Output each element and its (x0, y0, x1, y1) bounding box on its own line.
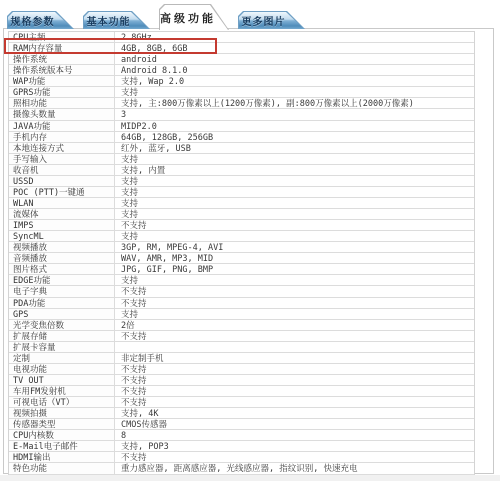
spec-value: 支持 (115, 209, 474, 219)
spec-page: 规格参数 基本功能 高级功能 更多图片 CPU主频2.8GHzRAM内存容量4G… (0, 0, 500, 481)
tab-advanced-functions-label: 高级功能 (160, 10, 212, 26)
spec-label: 视频播放 (9, 242, 115, 252)
tab-specs[interactable]: 规格参数 (7, 11, 74, 29)
table-row: CPU内核数8 (9, 430, 474, 441)
table-row: 视频播放3GP, RM, MPEG-4, AVI (9, 242, 474, 253)
table-row: 摄像头数量3 (9, 109, 474, 120)
spec-value: MIDP2.0 (115, 121, 474, 131)
spec-label: 电视功能 (9, 364, 115, 374)
spec-value: CMOS传感器 (115, 419, 474, 429)
spec-label: USSD (9, 176, 115, 186)
spec-label: GPRS功能 (9, 87, 115, 97)
spec-label: 可视电话（VT） (9, 397, 115, 407)
table-row: USSD支持 (9, 176, 474, 187)
spec-value: 2.8GHz (115, 32, 474, 42)
spec-label: RAM内存容量 (9, 43, 115, 53)
spec-label: 操作系统 (9, 54, 115, 64)
spec-value: 2倍 (115, 320, 474, 330)
spec-value: 支持 (115, 187, 474, 197)
spec-value: android (115, 54, 474, 64)
spec-label: EDGE功能 (9, 275, 115, 285)
table-row: 照相功能支持, 主:800万像素以上(1200万像素), 副:800万像素以上(… (9, 98, 474, 109)
table-row: 视频拍摄支持, 4K (9, 408, 474, 419)
spec-label: POC (PTT)一键通 (9, 187, 115, 197)
table-row: 操作系统版本号Android 8.1.0 (9, 65, 474, 76)
table-row: SyncML支持 (9, 231, 474, 242)
spec-value: 支持 (115, 154, 474, 164)
spec-table: CPU主频2.8GHzRAM内存容量4GB, 8GB, 6GB操作系统andro… (8, 31, 475, 475)
table-row: 本地连接方式红外, 蓝牙, USB (9, 143, 474, 154)
spec-value: Android 8.1.0 (115, 65, 474, 75)
table-row: 收音机支持, 内置 (9, 165, 474, 176)
spec-label: WAP功能 (9, 76, 115, 86)
spec-value: 不支持 (115, 298, 474, 308)
table-row: EDGE功能支持 (9, 275, 474, 286)
table-row: 电视功能不支持 (9, 364, 474, 375)
spec-label: 手写输入 (9, 154, 115, 164)
spec-label: TV OUT (9, 375, 115, 385)
tab-more-pictures[interactable]: 更多图片 (238, 11, 305, 29)
spec-label: 流媒体 (9, 209, 115, 219)
tab-basic-functions-label: 基本功能 (84, 13, 133, 28)
spec-label: JAVA功能 (9, 121, 115, 131)
spec-label: 照相功能 (9, 98, 115, 108)
spec-value: 支持 (115, 309, 474, 319)
spec-value: 4GB, 8GB, 6GB (115, 43, 474, 53)
table-row: 扩展存储不支持 (9, 331, 474, 342)
table-row: 手写输入支持 (9, 154, 474, 165)
spec-value: 不支持 (115, 375, 474, 385)
spec-label: PDA功能 (9, 298, 115, 308)
spec-value: WAV, AMR, MP3, MID (115, 253, 474, 263)
table-row: 特色功能重力感应器, 距离感应器, 光线感应器, 指纹识别, 快速充电 (9, 463, 474, 474)
spec-value: 不支持 (115, 386, 474, 396)
spec-value (115, 342, 474, 352)
spec-value: 不支持 (115, 331, 474, 341)
table-row: WLAN支持 (9, 198, 474, 209)
spec-label: 特色功能 (9, 463, 115, 473)
table-row: RAM内存容量4GB, 8GB, 6GB (9, 43, 474, 54)
spec-value: 64GB, 128GB, 256GB (115, 132, 474, 142)
table-row: GPS支持 (9, 309, 474, 320)
table-row: 传感器类型CMOS传感器 (9, 419, 474, 430)
spec-label: E-Mail电子邮件 (9, 441, 115, 451)
spec-value: 支持, POP3 (115, 441, 474, 451)
spec-value: 支持, 4K (115, 408, 474, 418)
tab-specs-label: 规格参数 (8, 13, 57, 28)
spec-value: 不支持 (115, 220, 474, 230)
table-row: 音频播放WAV, AMR, MP3, MID (9, 253, 474, 264)
tab-basic-functions[interactable]: 基本功能 (83, 11, 150, 29)
tab-specs-surface: 规格参数 (8, 12, 73, 29)
table-row: HDMI输出不支持 (9, 452, 474, 463)
spec-value: 3GP, RM, MPEG-4, AVI (115, 242, 474, 252)
table-row: 电子字典不支持 (9, 286, 474, 297)
table-row: IMPS不支持 (9, 220, 474, 231)
spec-value: 重力感应器, 距离感应器, 光线感应器, 指纹识别, 快速充电 (115, 463, 474, 473)
spec-label: 视频拍摄 (9, 408, 115, 418)
table-row: 车用FM发射机不支持 (9, 386, 474, 397)
spec-label: 图片格式 (9, 264, 115, 274)
bottom-strip (0, 475, 500, 481)
spec-label: 车用FM发射机 (9, 386, 115, 396)
tab-bar: 规格参数 基本功能 高级功能 更多图片 (7, 3, 314, 29)
table-row: JAVA功能MIDP2.0 (9, 121, 474, 132)
table-row: E-Mail电子邮件支持, POP3 (9, 441, 474, 452)
table-row: 定制非定制手机 (9, 353, 474, 364)
spec-value: 3 (115, 109, 474, 119)
spec-value: JPG, GIF, PNG, BMP (115, 264, 474, 274)
spec-value: 支持, 主:800万像素以上(1200万像素), 副:800万像素以上(2000… (115, 98, 474, 108)
spec-label: CPU主频 (9, 32, 115, 42)
table-row: 扩展卡容量 (9, 342, 474, 353)
spec-value: 支持 (115, 198, 474, 208)
spec-value: 不支持 (115, 397, 474, 407)
table-row: 流媒体支持 (9, 209, 474, 220)
table-row: 操作系统android (9, 54, 474, 65)
spec-label: 本地连接方式 (9, 143, 115, 153)
spec-label: 传感器类型 (9, 419, 115, 429)
spec-label: 光学变焦倍数 (9, 320, 115, 330)
table-row: POC (PTT)一键通支持 (9, 187, 474, 198)
spec-label: 手机内存 (9, 132, 115, 142)
tab-basic-functions-surface: 基本功能 (84, 12, 149, 29)
spec-label: GPS (9, 309, 115, 319)
spec-value: 支持, 内置 (115, 165, 474, 175)
spec-value: 红外, 蓝牙, USB (115, 143, 474, 153)
spec-label: HDMI输出 (9, 452, 115, 462)
spec-value: 不支持 (115, 452, 474, 462)
spec-value: 支持 (115, 231, 474, 241)
spec-value: 非定制手机 (115, 353, 474, 363)
table-row: 手机内存64GB, 128GB, 256GB (9, 132, 474, 143)
spec-value: 支持 (115, 87, 474, 97)
spec-label: 扩展存储 (9, 331, 115, 341)
tab-advanced-functions-surface: 高级功能 (160, 5, 228, 30)
spec-label: 定制 (9, 353, 115, 363)
table-row: TV OUT不支持 (9, 375, 474, 386)
spec-label: CPU内核数 (9, 430, 115, 440)
table-row: PDA功能不支持 (9, 298, 474, 309)
spec-label: IMPS (9, 220, 115, 230)
spec-label: 音频播放 (9, 253, 115, 263)
spec-value: 不支持 (115, 364, 474, 374)
spec-value: 支持 (115, 275, 474, 285)
spec-label: 收音机 (9, 165, 115, 175)
tab-more-pictures-label: 更多图片 (239, 13, 288, 28)
table-row: 图片格式JPG, GIF, PNG, BMP (9, 264, 474, 275)
spec-value: 支持, Wap 2.0 (115, 76, 474, 86)
table-row: CPU主频2.8GHz (9, 32, 474, 43)
tab-more-pictures-surface: 更多图片 (239, 12, 304, 29)
spec-value: 8 (115, 430, 474, 440)
table-row: WAP功能支持, Wap 2.0 (9, 76, 474, 87)
spec-value: 不支持 (115, 286, 474, 296)
spec-label: 扩展卡容量 (9, 342, 115, 352)
tab-advanced-functions[interactable]: 高级功能 (159, 4, 229, 30)
spec-label: SyncML (9, 231, 115, 241)
advanced-functions-panel: CPU主频2.8GHzRAM内存容量4GB, 8GB, 6GB操作系统andro… (3, 28, 494, 474)
spec-label: 摄像头数量 (9, 109, 115, 119)
table-row: GPRS功能支持 (9, 87, 474, 98)
spec-value: 支持 (115, 176, 474, 186)
table-row: 光学变焦倍数2倍 (9, 320, 474, 331)
table-row: 可视电话（VT）不支持 (9, 397, 474, 408)
spec-label: 操作系统版本号 (9, 65, 115, 75)
spec-label: WLAN (9, 198, 115, 208)
spec-label: 电子字典 (9, 286, 115, 296)
